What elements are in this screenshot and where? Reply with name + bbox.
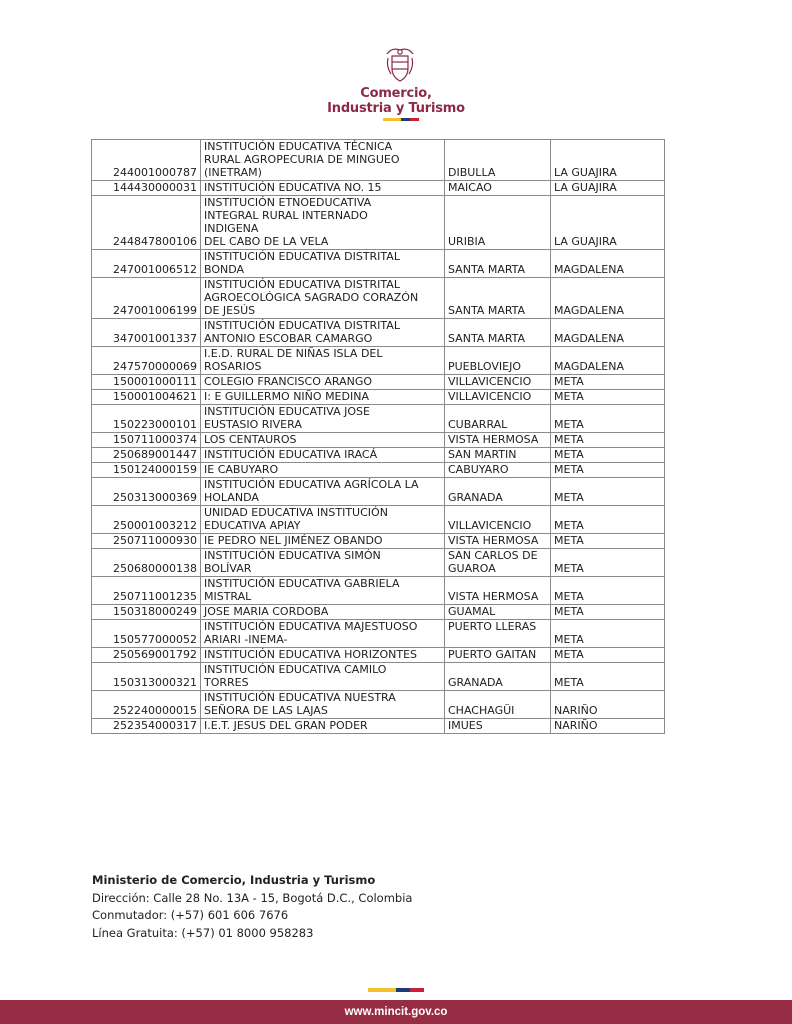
municipality-cell: SANTA MARTA [445,250,551,278]
school-name-cell: INSTITUCIÓN EDUCATIVA DISTRITAL BONDA [201,250,445,278]
table-row: 250001003212UNIDAD EDUCATIVA INSTITUCIÓN… [92,506,665,534]
department-cell: META [551,375,665,390]
table-row: 150223000101INSTITUCIÓN EDUCATIVA JOSE E… [92,405,665,433]
department-cell: META [551,463,665,478]
school-name-cell: INSTITUCIÓN EDUCATIVA MAJESTUOSO ARIARI … [201,620,445,648]
school-name-cell: INSTITUCIÓN EDUCATIVA GABRIELA MISTRAL [201,577,445,605]
school-code-cell: 150313000321 [92,663,201,691]
school-code-cell: 250689001447 [92,448,201,463]
department-cell: META [551,390,665,405]
table-row: 244847800106INSTITUCIÓN ETNOEDUCATIVA IN… [92,196,665,250]
school-code-cell: 150711000374 [92,433,201,448]
website-bar: www.mincit.gov.co [0,1000,792,1024]
municipality-cell: PUERTO LLERAS [445,620,551,648]
department-cell: NARIÑO [551,691,665,719]
table-row: 150001004621I: E GUILLERMO NIÑO MEDINAVI… [92,390,665,405]
table-row: 347001001337INSTITUCIÓN EDUCATIVA DISTRI… [92,319,665,347]
municipality-cell: GRANADA [445,663,551,691]
table-row: 250711001235INSTITUCIÓN EDUCATIVA GABRIE… [92,577,665,605]
school-code-cell: 244847800106 [92,196,201,250]
flag-stripe [383,118,419,121]
brand-line-1: Comercio, [0,86,792,102]
department-cell: META [551,433,665,448]
coat-of-arms-icon [383,44,417,84]
department-cell: META [551,448,665,463]
table-row: 244001000787INSTITUCIÓN EDUCATIVA TÉCNIC… [92,140,665,181]
table-row: 247570000069I.E.D. RURAL DE NIÑAS ISLA D… [92,347,665,375]
department-cell: MAGDALENA [551,319,665,347]
municipality-cell: VILLAVICENCIO [445,390,551,405]
municipality-cell: CABUYARO [445,463,551,478]
school-name-cell: I: E GUILLERMO NIÑO MEDINA [201,390,445,405]
table-row: 150711000374LOS CENTAUROSVISTA HERMOSAME… [92,433,665,448]
school-code-cell: 250313000369 [92,478,201,506]
table-row: 150313000321INSTITUCIÓN EDUCATIVA CAMILO… [92,663,665,691]
table-row: 144430000031INSTITUCIÓN EDUCATIVA NO. 15… [92,181,665,196]
table-row: 247001006199INSTITUCIÓN EDUCATIVA DISTRI… [92,278,665,319]
school-code-cell: 252354000317 [92,719,201,734]
municipality-cell: VISTA HERMOSA [445,534,551,549]
school-name-cell: INSTITUCIÓN EDUCATIVA CAMILO TORRES [201,663,445,691]
municipality-cell: GUAMAL [445,605,551,620]
table-row: 250569001792INSTITUCIÓN EDUCATIVA HORIZO… [92,648,665,663]
table-row: 250313000369INSTITUCIÓN EDUCATIVA AGRÍCO… [92,478,665,506]
department-cell: META [551,506,665,534]
school-code-cell: 150577000052 [92,620,201,648]
department-cell: META [551,663,665,691]
department-cell: LA GUAJIRA [551,196,665,250]
table-row: 252240000015INSTITUCIÓN EDUCATIVA NUESTR… [92,691,665,719]
page-header: Comercio, Industria y Turismo [0,0,792,130]
school-name-cell: I.E.T. JESUS DEL GRAN PODER [201,719,445,734]
school-name-cell: INSTITUCIÓN EDUCATIVA HORIZONTES [201,648,445,663]
school-name-cell: INSTITUCIÓN EDUCATIVA DISTRITAL ANTONIO … [201,319,445,347]
department-cell: NARIÑO [551,719,665,734]
school-name-cell: JOSE MARIA CORDOBA [201,605,445,620]
brand-line-2: Industria y Turismo [0,101,792,117]
municipality-cell: SANTA MARTA [445,278,551,319]
table-row: 150124000159IE CABUYAROCABUYAROMETA [92,463,665,478]
department-cell: LA GUAJIRA [551,181,665,196]
municipality-cell: URIBIA [445,196,551,250]
municipality-cell: VILLAVICENCIO [445,506,551,534]
table-row: 250689001447INSTITUCIÓN EDUCATIVA IRACÁS… [92,448,665,463]
school-code-cell: 150124000159 [92,463,201,478]
school-name-cell: INSTITUCIÓN EDUCATIVA TÉCNICA RURAL AGRO… [201,140,445,181]
municipality-cell: SAN CARLOS DE GUAROA [445,549,551,577]
school-code-cell: 150318000249 [92,605,201,620]
toll-free-phone: Línea Gratuita: (+57) 01 8000 958283 [92,925,412,943]
school-name-cell: INSTITUCIÓN EDUCATIVA NO. 15 [201,181,445,196]
department-cell: META [551,577,665,605]
school-code-cell: 150223000101 [92,405,201,433]
school-code-cell: 247570000069 [92,347,201,375]
footer-contact: Ministerio de Comercio, Industria y Turi… [92,872,412,942]
school-code-cell: 150001000111 [92,375,201,390]
table-row: 250680000138INSTITUCIÓN EDUCATIVA SIMÓN … [92,549,665,577]
school-code-cell: 250001003212 [92,506,201,534]
school-code-cell: 347001001337 [92,319,201,347]
table-row: 150318000249JOSE MARIA CORDOBAGUAMALMETA [92,605,665,620]
municipality-cell: IMUES [445,719,551,734]
school-code-cell: 252240000015 [92,691,201,719]
school-name-cell: INSTITUCIÓN EDUCATIVA JOSE EUSTASIO RIVE… [201,405,445,433]
school-name-cell: INSTITUCIÓN ETNOEDUCATIVA INTEGRAL RURAL… [201,196,445,250]
department-cell: META [551,620,665,648]
school-code-cell: 250569001792 [92,648,201,663]
department-cell: META [551,405,665,433]
department-cell: META [551,478,665,506]
department-cell: META [551,648,665,663]
school-name-cell: INSTITUCIÓN EDUCATIVA DISTRITAL AGROECOL… [201,278,445,319]
table-row: 150001000111COLEGIO FRANCISCO ARANGOVILL… [92,375,665,390]
website-link[interactable]: www.mincit.gov.co [345,1006,448,1018]
municipality-cell: VISTA HERMOSA [445,577,551,605]
switchboard-phone: Conmutador: (+57) 601 606 7676 [92,907,412,925]
school-code-cell: 250711000930 [92,534,201,549]
school-name-cell: IE PEDRO NEL JIMÉNEZ OBANDO [201,534,445,549]
school-name-cell: INSTITUCIÓN EDUCATIVA NUESTRA SEÑORA DE … [201,691,445,719]
school-code-cell: 247001006512 [92,250,201,278]
municipality-cell: PUEBLOVIEJO [445,347,551,375]
municipality-cell: SAN MARTIN [445,448,551,463]
school-code-cell: 150001004621 [92,390,201,405]
school-name-cell: UNIDAD EDUCATIVA INSTITUCIÓN EDUCATIVA A… [201,506,445,534]
school-name-cell: LOS CENTAUROS [201,433,445,448]
school-code-cell: 247001006199 [92,278,201,319]
municipality-cell: SANTA MARTA [445,319,551,347]
municipality-cell: DIBULLA [445,140,551,181]
school-name-cell: I.E.D. RURAL DE NIÑAS ISLA DEL ROSARIOS [201,347,445,375]
department-cell: MAGDALENA [551,347,665,375]
footer-flag-stripe [368,988,424,992]
school-code-cell: 144430000031 [92,181,201,196]
org-name: Ministerio de Comercio, Industria y Turi… [92,872,412,890]
department-cell: META [551,549,665,577]
department-cell: MAGDALENA [551,250,665,278]
municipality-cell: MAICAO [445,181,551,196]
municipality-cell: VISTA HERMOSA [445,433,551,448]
municipality-cell: VILLAVICENCIO [445,375,551,390]
municipality-cell: CHACHAGÜI [445,691,551,719]
school-name-cell: INSTITUCIÓN EDUCATIVA IRACÁ [201,448,445,463]
municipality-cell: CUBARRAL [445,405,551,433]
department-cell: META [551,534,665,549]
table-row: 247001006512INSTITUCIÓN EDUCATIVA DISTRI… [92,250,665,278]
table-row: 250711000930IE PEDRO NEL JIMÉNEZ OBANDOV… [92,534,665,549]
table-row: 150577000052INSTITUCIÓN EDUCATIVA MAJEST… [92,620,665,648]
department-cell: MAGDALENA [551,278,665,319]
school-code-cell: 244001000787 [92,140,201,181]
municipality-cell: GRANADA [445,478,551,506]
schools-table: 244001000787INSTITUCIÓN EDUCATIVA TÉCNIC… [91,139,665,734]
address: Dirección: Calle 28 No. 13A - 15, Bogotá… [92,890,412,908]
table-row: 252354000317I.E.T. JESUS DEL GRAN PODERI… [92,719,665,734]
school-code-cell: 250680000138 [92,549,201,577]
school-code-cell: 250711001235 [92,577,201,605]
department-cell: LA GUAJIRA [551,140,665,181]
school-name-cell: INSTITUCIÓN EDUCATIVA AGRÍCOLA LA HOLAND… [201,478,445,506]
department-cell: META [551,605,665,620]
municipality-cell: PUERTO GAITAN [445,648,551,663]
school-name-cell: COLEGIO FRANCISCO ARANGO [201,375,445,390]
school-name-cell: INSTITUCIÓN EDUCATIVA SIMÓN BOLÍVAR [201,549,445,577]
school-name-cell: IE CABUYARO [201,463,445,478]
